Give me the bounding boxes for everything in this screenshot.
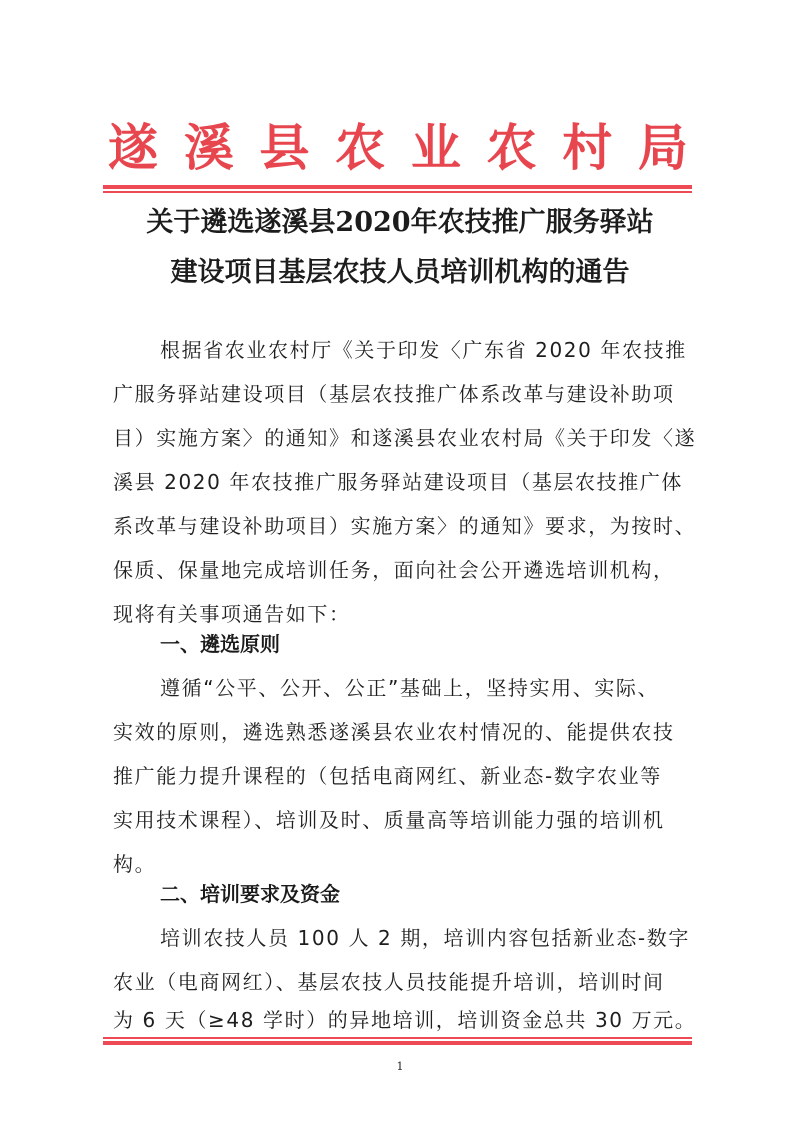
section-line: 遵循“公平、公开、公正”基础上，坚持实用、实际、 — [160, 676, 688, 700]
section-heading-training-requirements: 二、培训要求及资金 — [160, 882, 340, 906]
section-line: 农业（电商网红）、基层农技人员技能提升培训，培训时间 — [113, 970, 688, 994]
section-line: 培训农技人员 100 人 2 期，培训内容包括新业态-数字 — [160, 926, 688, 950]
document-page: 遂 溪 县 农 业 农 村 局 关于遴选遂溪县2020年农技推广服务驿站 建设项… — [0, 0, 800, 1131]
masthead-char: 溪 — [179, 118, 239, 178]
intro-line: 系改革与建设补助项目）实施方案〉的通知》要求，为按时、 — [113, 514, 688, 538]
intro-line: 目）实施方案〉的通知》和遂溪县农业农村局《关于印发〈遂 — [113, 426, 688, 450]
footer-divider-thick — [103, 1041, 692, 1045]
section-line: 构。 — [113, 852, 688, 876]
section-line: 推广能力提升课程的（包括电商网红、新业态-数字农业等 — [113, 764, 688, 788]
document-title-line-1: 关于遴选遂溪县2020年农技推广服务驿站 — [100, 200, 700, 239]
document-title-line-2: 建设项目基层农技人员培训机构的通告 — [100, 250, 700, 289]
intro-line: 现将有关事项通告如下： — [113, 602, 688, 626]
masthead-char: 村 — [557, 118, 617, 178]
section-line: 实效的原则，遴选熟悉遂溪县农业农村情况的、能提供农技 — [113, 720, 688, 744]
masthead-red-header: 遂 溪 县 农 业 农 村 局 — [103, 118, 693, 178]
masthead-char: 遂 — [103, 118, 163, 178]
section-line: 实用技术课程）、培训及时、质量高等培训能力强的培训机 — [113, 808, 688, 832]
masthead-char: 局 — [633, 118, 693, 178]
footer-divider-thin — [103, 1037, 692, 1039]
intro-line: 根据省农业农村厅《关于印发〈广东省 2020 年农技推 — [160, 338, 688, 362]
header-divider-thick — [103, 185, 692, 189]
intro-line: 广服务驿站建设项目（基层农技推广体系改革与建设补助项 — [113, 382, 688, 406]
masthead-char: 县 — [254, 118, 314, 178]
masthead-char: 农 — [330, 118, 390, 178]
section-line: 为 6 天（≥48 学时）的异地培训，培训资金总共 30 万元。 — [113, 1008, 688, 1032]
masthead-char: 农 — [482, 118, 542, 178]
page-number: 1 — [390, 1060, 410, 1073]
header-divider-thin — [103, 191, 692, 193]
section-heading-selection-principles: 一、遴选原则 — [160, 632, 280, 656]
intro-line: 溪县 2020 年农技推广服务驿站建设项目（基层农技推广体 — [113, 470, 688, 494]
masthead-char: 业 — [406, 118, 466, 178]
intro-line: 保质、保量地完成培训任务，面向社会公开遴选培训机构， — [113, 558, 688, 582]
